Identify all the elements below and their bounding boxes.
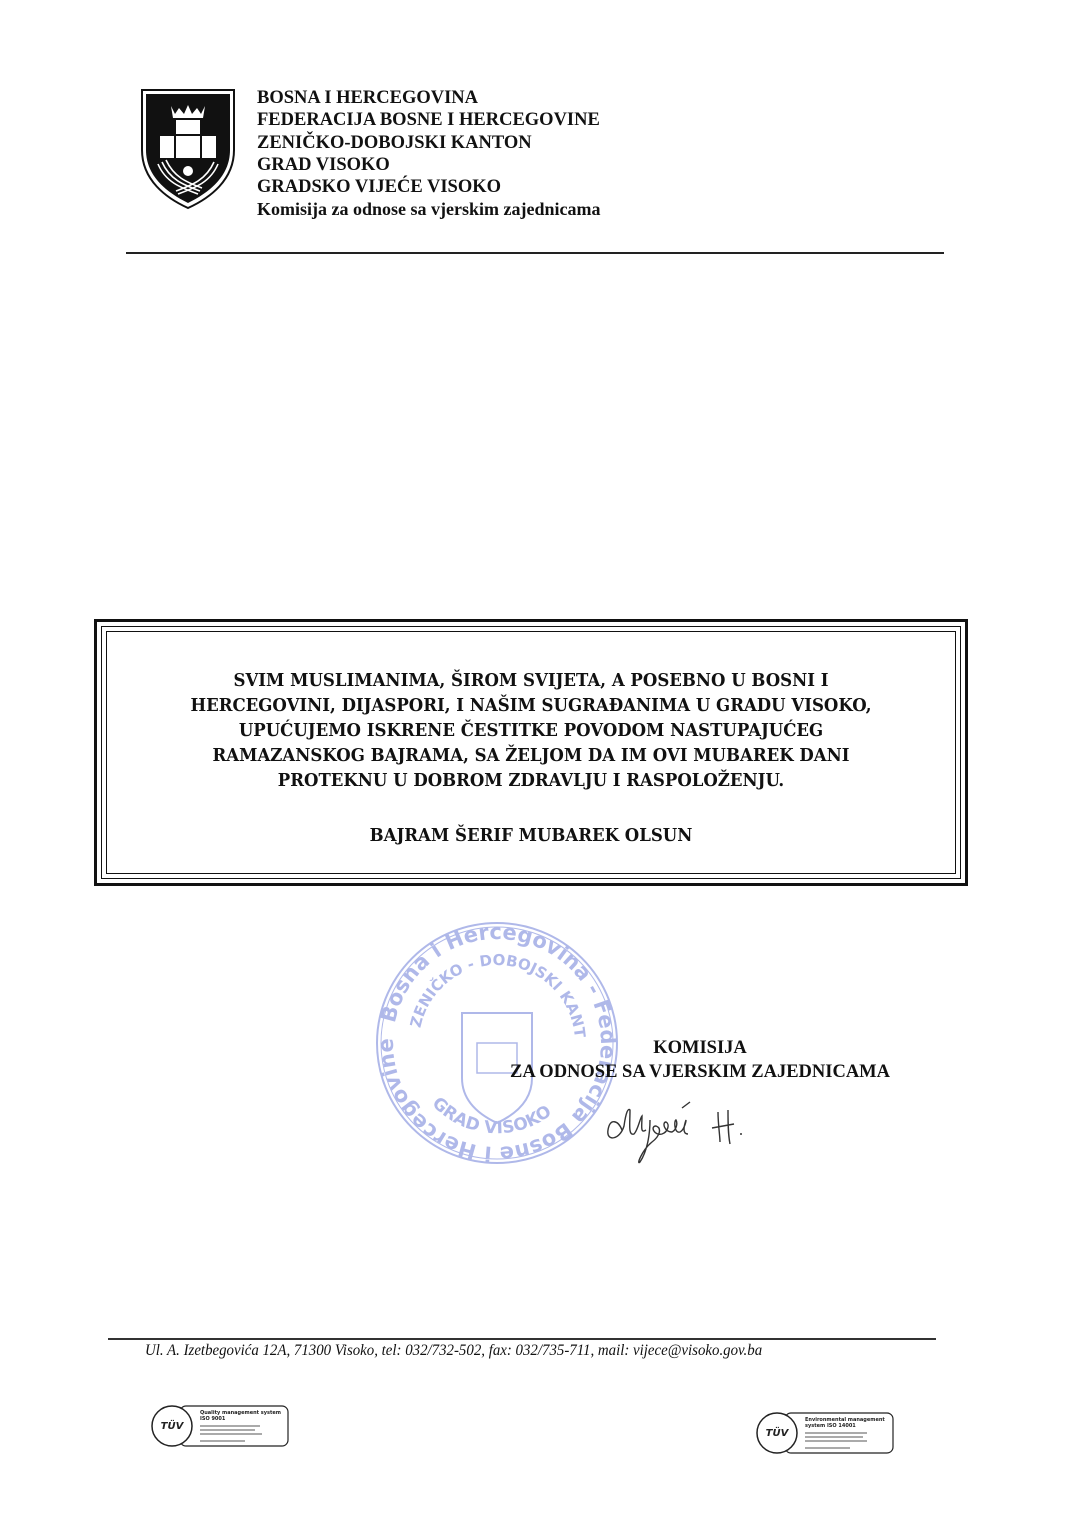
contact-address: Ul. A. Izetbegovića 12A, 71300 Visoko, t… [145,1342,762,1360]
footer-divider [108,1338,936,1340]
header-divider [126,252,944,254]
message-line: RAMAZANSKOG BAJRAMA, SA ŽELJOM DA IM OVI… [140,743,922,768]
handwritten-signature-icon [590,1090,790,1170]
coat-of-arms-icon [138,88,238,210]
tuv-iso9001-certificate-icon: TÜV Quality management system ISO 9001 [150,1398,300,1453]
signatory-line-2: ZA ODNOSE SA VJERSKIM ZAJEDNICAMA [490,1060,910,1084]
greeting-message: SVIM MUSLIMANIMA, ŠIROM SVIJETA, A POSEB… [140,668,922,793]
tuv-iso14001-certificate-icon: TÜV Environmental management system ISO … [755,1405,905,1460]
header-line-city: GRAD VISOKO [257,154,600,176]
header-line-federation: FEDERACIJA BOSNE I HERCEGOVINE [257,109,600,131]
signatory-title: KOMISIJA ZA ODNOSE SA VJERSKIM ZAJEDNICA… [490,1036,910,1084]
header-line-country: BOSNA I HERCEGOVINA [257,87,600,109]
header-line-canton: ZENIČKO-DOBOJSKI KANTON [257,132,600,154]
header-line-council: GRADSKO VIJEĆE VISOKO [257,176,600,198]
letterhead: BOSNA I HERCEGOVINA FEDERACIJA BOSNE I H… [257,87,600,221]
signatory-line-1: KOMISIJA [490,1036,910,1060]
svg-text:system ISO 14001: system ISO 14001 [805,1423,856,1429]
message-line: HERCEGOVINI, DIJASPORI, I NAŠIM SUGRAĐAN… [140,693,922,718]
svg-text:ISO 9001: ISO 9001 [200,1416,226,1422]
message-line: SVIM MUSLIMANIMA, ŠIROM SVIJETA, A POSEB… [140,668,922,693]
message-line: UPUĆUJEMO ISKRENE ČESTITKE POVODOM NASTU… [140,718,922,743]
header-subtitle: Komisija za odnose sa vjerskim zajednica… [257,198,600,220]
message-line: PROTEKNU U DOBROM ZDRAVLJU I RASPOLOŽENJ… [140,768,922,793]
svg-text:TÜV: TÜV [766,1425,790,1439]
closing-greeting: BAJRAM ŠERIF MUBAREK OLSUN [140,825,922,846]
svg-text:TÜV: TÜV [161,1418,185,1432]
